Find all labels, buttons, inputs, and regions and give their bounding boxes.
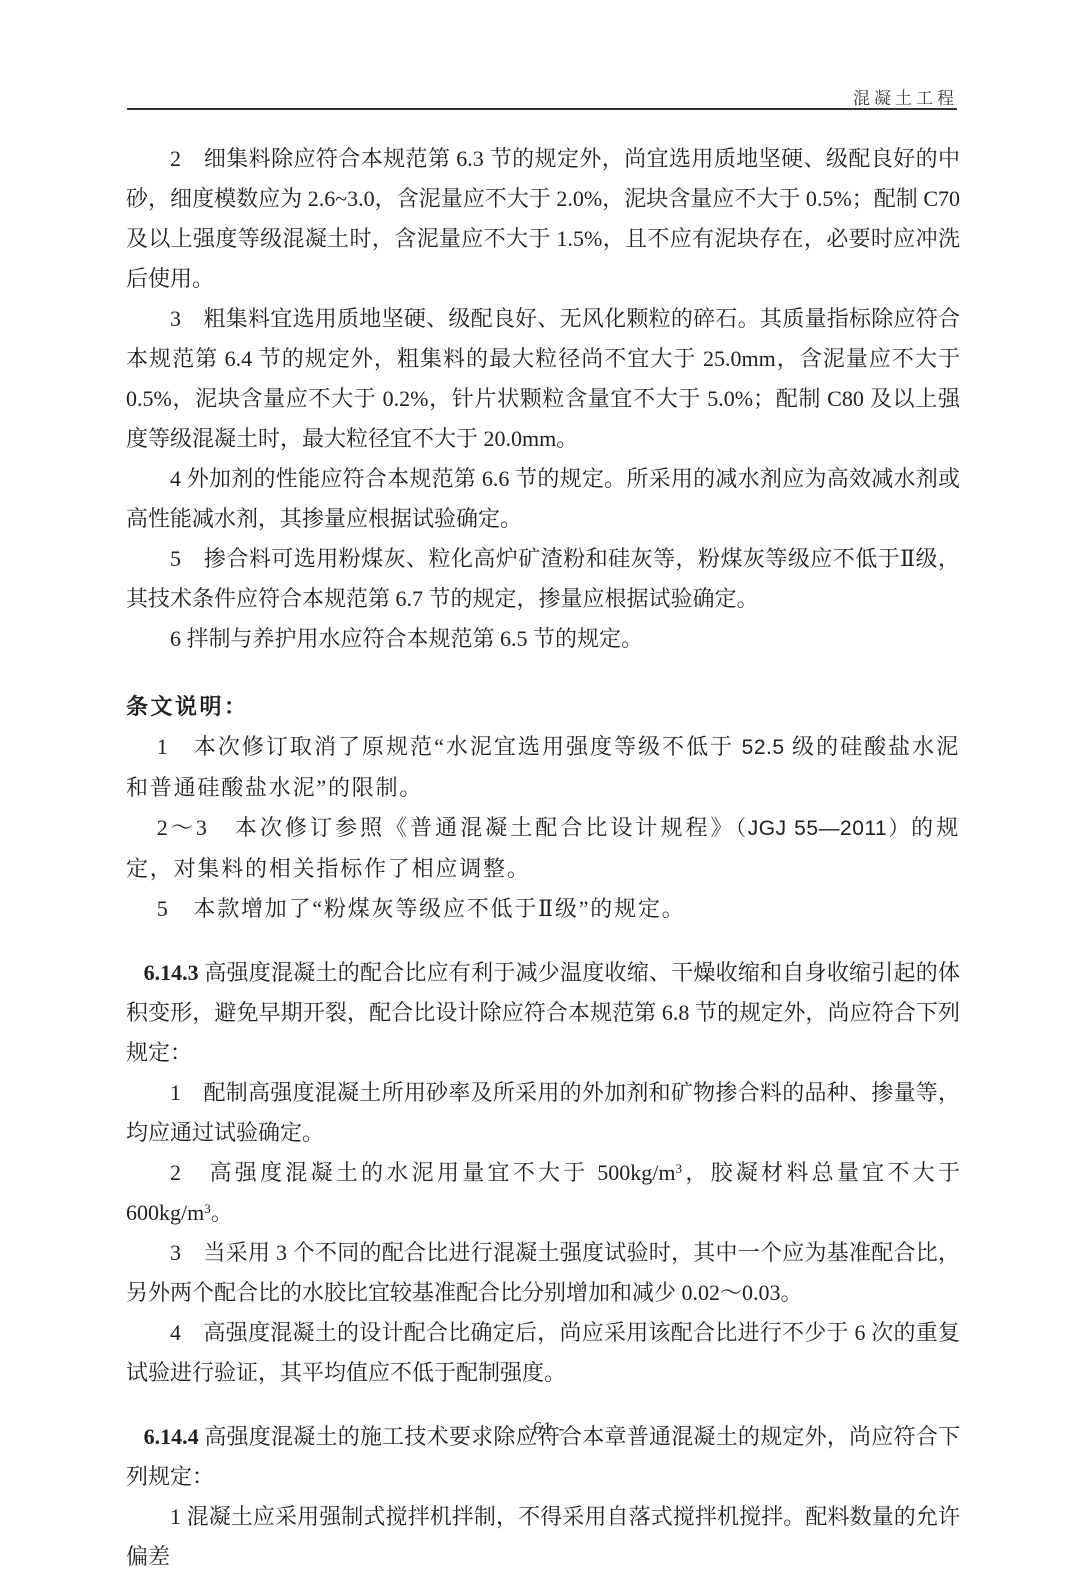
note-1-number: 52.5 xyxy=(742,736,785,759)
note-1-text-a: 1 本次修订取消了原规范“水泥宜选用强度等级不低于 xyxy=(157,734,742,759)
clause-6-14-3-item-2: 2 高强度混凝土的水泥用量宜不大于 500kg/m3，胶凝材料总量宜不大于 60… xyxy=(126,1153,960,1233)
paragraph-item-6: 6 拌制与养护用水应符合本规范第 6.5 节的规定。 xyxy=(126,619,960,659)
main-content: 2 细集料除应符合本规范第 6.3 节的规定外，尚宜选用质地坚硬、级配良好的中砂… xyxy=(126,139,960,1577)
paragraph-item-5: 5 掺合料可选用粉煤灰、粒化高炉矿渣粉和硅灰等，粉煤灰等级应不低于Ⅱ级，其技术条… xyxy=(126,539,960,619)
note-item-1: 1 本次修订取消了原规范“水泥宜选用强度等级不低于 52.5 级的硅酸盐水泥和普… xyxy=(126,727,960,808)
clause-6-14-3-number: 6.14.3 xyxy=(144,960,199,985)
paragraph-item-2: 2 细集料除应符合本规范第 6.3 节的规定外，尚宜选用质地坚硬、级配良好的中砂… xyxy=(126,139,960,299)
clause-6-14-3: 6.14.3 高强度混凝土的配合比应有利于减少温度收缩、干燥收缩和自身收缩引起的… xyxy=(126,953,960,1073)
clause-6-14-3-section: 6.14.3 高强度混凝土的配合比应有利于减少温度收缩、干燥收缩和自身收缩引起的… xyxy=(126,953,960,1393)
note-item-2: 2～3 本次修订参照《普通混凝土配合比设计规程》（JGJ 55—2011）的规定… xyxy=(126,808,960,889)
item-2-text-c: 。 xyxy=(211,1200,233,1225)
clause-6-14-3-text: 高强度混凝土的配合比应有利于减少温度收缩、干燥收缩和自身收缩引起的体积变形，避免… xyxy=(126,960,960,1065)
clause-6-14-4-item-1: 1 混凝土应采用强制式搅拌机拌制，不得采用自落式搅拌机搅拌。配料数量的允许偏差 xyxy=(126,1497,960,1577)
paragraph-item-4: 4 外加剂的性能应符合本规范第 6.6 节的规定。所采用的减水剂应为高效减水剂或… xyxy=(126,459,960,539)
clause-6-14-3-item-3: 3 当采用 3 个不同的配合比进行混凝土强度试验时，其中一个应为基准配合比，另外… xyxy=(126,1233,960,1313)
clause-6-14-3-item-1: 1 配制高强度混凝土所用砂率及所采用的外加剂和矿物掺合料的品种、掺量等，均应通过… xyxy=(126,1073,960,1153)
running-header-title: 混凝土工程 xyxy=(126,84,958,109)
clause-6-14-3-item-4: 4 高强度混凝土的设计配合比确定后，尚应采用该配合比进行不少于 6 次的重复试验… xyxy=(126,1313,960,1393)
page-number: - 61 - xyxy=(126,1418,960,1439)
note-2-text-a: 2～3 本次修订参照《普通混凝土配合比设计规程》 xyxy=(157,815,736,840)
notes-section: 条文说明： 1 本次修订取消了原规范“水泥宜选用强度等级不低于 52.5 级的硅… xyxy=(126,687,960,929)
note-2-standard-ref: （JGJ 55—2011） xyxy=(736,817,912,840)
notes-heading: 条文说明： xyxy=(126,687,960,727)
paragraph-item-3: 3 粗集料宜选用质地坚硬、级配良好、无风化颗粒的碎石。其质量指标除应符合本规范第… xyxy=(126,299,960,459)
clause-6-14-4-section: 6.14.4 高强度混凝土的施工技术要求除应符合本章普通混凝土的规定外，尚应符合… xyxy=(126,1417,960,1577)
note-item-3: 5 本款增加了“粉煤灰等级应不低于Ⅱ级”的规定。 xyxy=(126,889,960,929)
item-2-text-a: 2 高强度混凝土的水泥用量宜不大于 500kg/m xyxy=(170,1160,676,1185)
header-rule xyxy=(127,108,957,110)
